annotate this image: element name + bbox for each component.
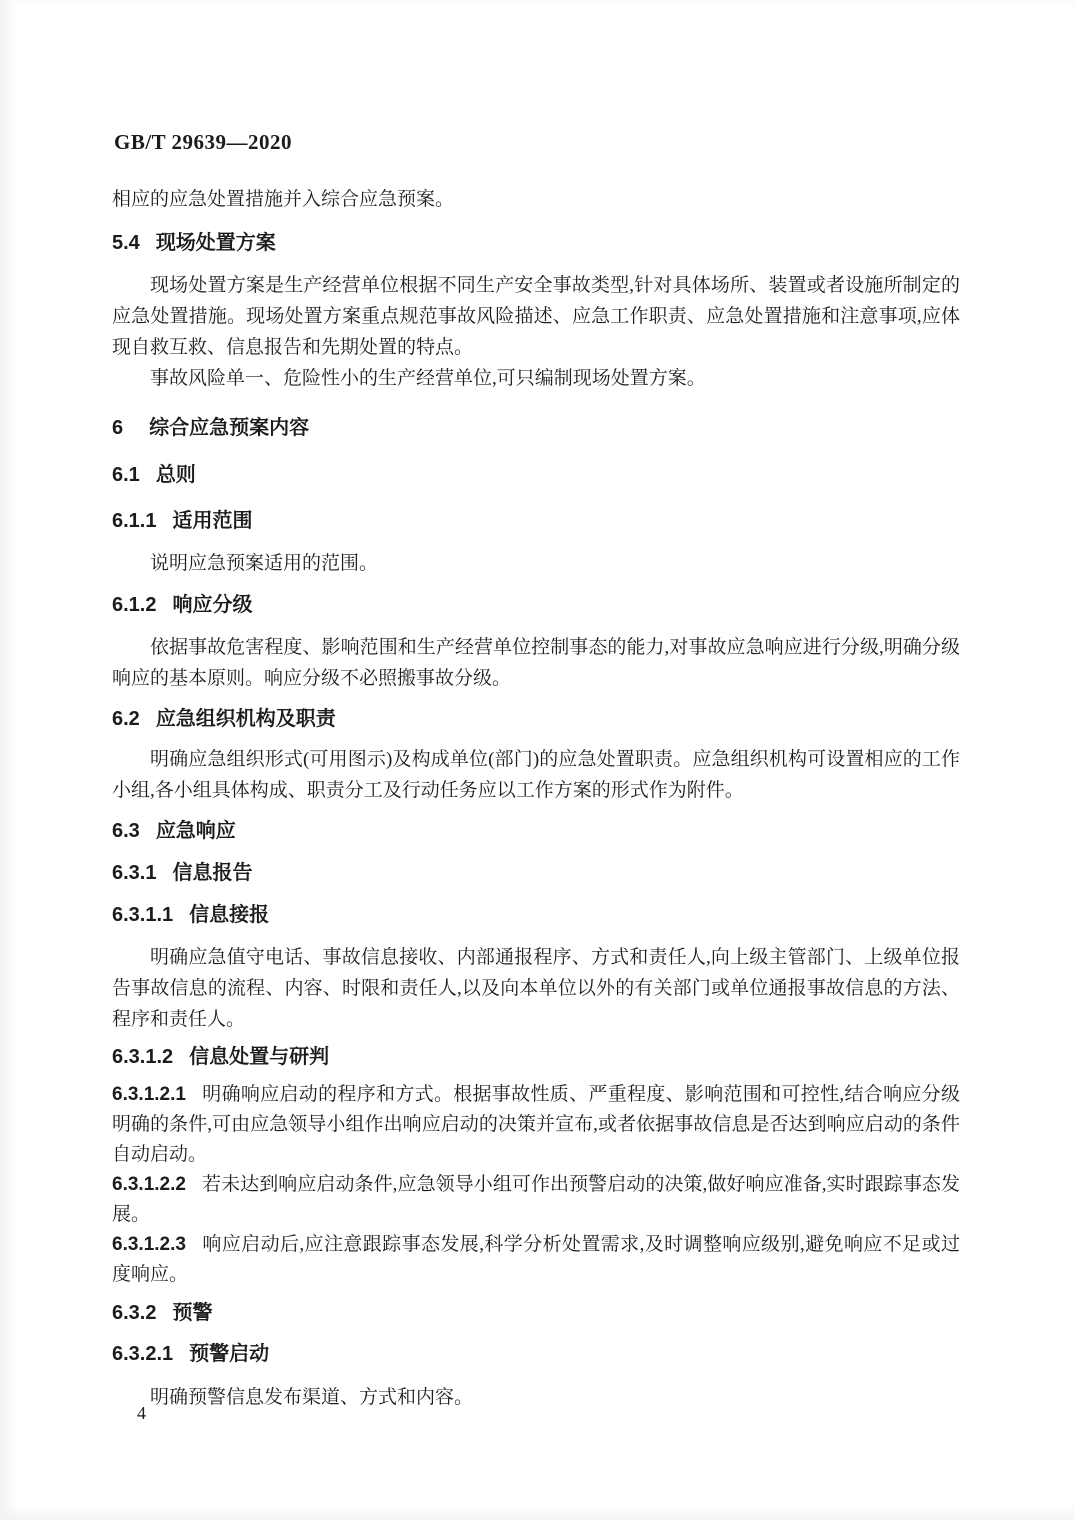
heading-number: 6.1.1 (112, 506, 156, 537)
heading-number: 6.3.2.1 (112, 1339, 173, 1370)
clause-number: 6.3.1.2.1 (112, 1084, 186, 1105)
paragraph: 明确应急值守电话、事故信息接收、内部通报程序、方式和责任人,向上级主管部门、上级… (112, 942, 960, 1035)
heading-number: 6.3.1 (112, 858, 156, 889)
paragraph: 依据事故危害程度、影响范围和生产经营单位控制事态的能力,对事故应急响应进行分级,… (112, 632, 960, 694)
heading-number: 6.1.2 (112, 590, 156, 621)
heading-title: 应急响应 (156, 820, 236, 842)
clause-text: 响应启动后,应注意跟踪事态发展,科学分析处置需求,及时调整响应级别,避免响应不足… (112, 1234, 960, 1285)
paragraph: 明确应急组织形式(可用图示)及构成单位(部门)的应急处置职责。应急组织机构可设置… (112, 744, 960, 806)
heading-title: 综合应急预案内容 (149, 417, 309, 439)
clause-paragraph-6-3-1-2-2: 6.3.1.2.2若未达到响应启动条件,应急领导小组可作出预警启动的决策,做好响… (112, 1170, 960, 1230)
heading-6-1-2: 6.1.2响应分级 (112, 590, 960, 621)
heading-number: 6.2 (112, 704, 140, 735)
heading-number: 6 (112, 413, 123, 444)
heading-6-2: 6.2应急组织机构及职责 (112, 704, 960, 735)
heading-number: 6.3.1.1 (112, 900, 173, 931)
page-number: 4 (137, 1398, 146, 1429)
heading-number: 5.4 (112, 228, 140, 259)
heading-title: 总则 (156, 464, 196, 486)
paragraph: 说明应急预案适用的范围。 (112, 548, 960, 579)
heading-6-3-2: 6.3.2预警 (112, 1298, 960, 1329)
heading-6-1: 6.1总则 (112, 460, 960, 491)
document-page: GB/T 29639—2020 相应的应急处置措施并入综合应急预案。 5.4现场… (0, 0, 1074, 1520)
clause-paragraph-6-3-1-2-3: 6.3.1.2.3响应启动后,应注意跟踪事态发展,科学分析处置需求,及时调整响应… (112, 1230, 960, 1290)
heading-title: 现场处置方案 (156, 232, 276, 254)
clause-paragraph-6-3-1-2-1: 6.3.1.2.1明确响应启动的程序和方式。根据事故性质、严重程度、影响范围和可… (112, 1080, 960, 1170)
heading-number: 6.3 (112, 816, 140, 847)
clause-text: 明确响应启动的程序和方式。根据事故性质、严重程度、影响范围和可控性,结合响应分级… (112, 1084, 960, 1165)
heading-6-3-1-2: 6.3.1.2信息处置与研判 (112, 1042, 960, 1073)
heading-title: 信息处置与研判 (189, 1046, 329, 1068)
heading-title: 适用范围 (172, 510, 252, 532)
heading-title: 响应分级 (172, 594, 252, 616)
heading-6: 6综合应急预案内容 (112, 413, 960, 444)
heading-title: 应急组织机构及职责 (156, 708, 336, 730)
clause-number: 6.3.1.2.3 (112, 1234, 186, 1255)
paragraph: 明确预警信息发布渠道、方式和内容。 (112, 1382, 960, 1413)
heading-title: 信息报告 (172, 862, 252, 884)
clause-number: 6.3.1.2.2 (112, 1174, 186, 1195)
page-content: GB/T 29639—2020 相应的应急处置措施并入综合应急预案。 5.4现场… (112, 0, 960, 1413)
heading-title: 预警 (172, 1302, 212, 1324)
heading-number: 6.3.1.2 (112, 1042, 173, 1073)
paragraph: 现场处置方案是生产经营单位根据不同生产安全事故类型,针对具体场所、装置或者设施所… (112, 270, 960, 363)
heading-6-3-2-1: 6.3.2.1预警启动 (112, 1339, 960, 1370)
standard-code-header: GB/T 29639—2020 (114, 130, 960, 154)
heading-number: 6.1 (112, 460, 140, 491)
clause-text: 若未达到响应启动条件,应急领导小组可作出预警启动的决策,做好响应准备,实时跟踪事… (112, 1174, 960, 1225)
paragraph-continuation: 相应的应急处置措施并入综合应急预案。 (112, 184, 960, 215)
heading-title: 信息接报 (189, 904, 269, 926)
heading-5-4: 5.4现场处置方案 (112, 228, 960, 259)
heading-6-3: 6.3应急响应 (112, 816, 960, 847)
heading-number: 6.3.2 (112, 1298, 156, 1329)
paragraph: 事故风险单一、危险性小的生产经营单位,可只编制现场处置方案。 (112, 363, 960, 394)
heading-6-3-1-1: 6.3.1.1信息接报 (112, 900, 960, 931)
heading-6-3-1: 6.3.1信息报告 (112, 858, 960, 889)
heading-6-1-1: 6.1.1适用范围 (112, 506, 960, 537)
heading-title: 预警启动 (189, 1343, 269, 1365)
